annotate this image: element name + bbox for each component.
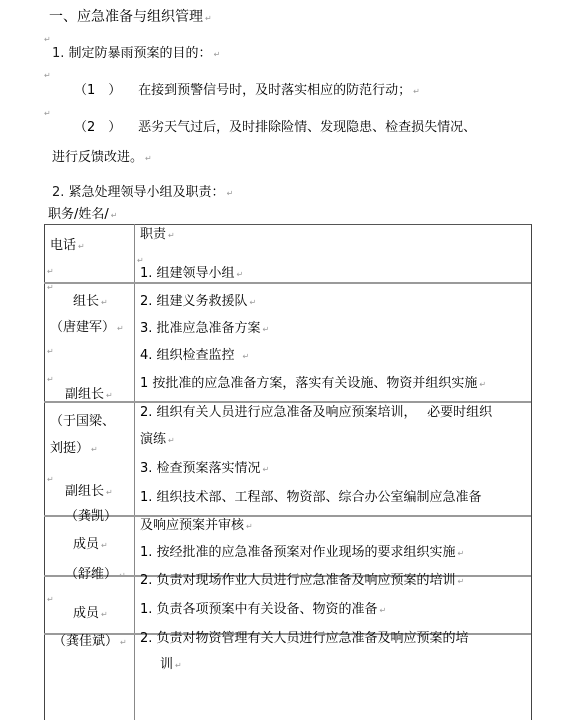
member-name: （龚佳斌）↵ bbox=[53, 634, 127, 651]
member-name-text: （龚佳斌） bbox=[53, 634, 118, 649]
paragraph-mark-icon: ↵ bbox=[111, 211, 118, 220]
member-name-text: （舒维） bbox=[65, 567, 117, 582]
section-1-number: 1. bbox=[52, 46, 64, 61]
member-name-text: 刘挺） bbox=[50, 441, 89, 456]
section-1-title-text: 制定防暴雨预案的目的： bbox=[69, 46, 212, 61]
duty-item: 2. 负责对物资管理有关人员进行应急准备及响应预案的培 bbox=[140, 631, 469, 647]
duty-item: 3. 批准应急准备方案↵ bbox=[140, 321, 269, 338]
role-label: 副组长↵ bbox=[65, 484, 113, 501]
role-label: 组长↵ bbox=[73, 294, 108, 311]
duty-item: 1. 负责各项预案中有关设备、物资的准备↵ bbox=[140, 602, 386, 619]
paragraph-mark-icon: ↵ bbox=[263, 325, 270, 334]
paragraph-mark-icon: ↵ bbox=[243, 352, 250, 361]
paragraph-mark-icon: ↵ bbox=[47, 476, 54, 484]
paragraph-mark-icon: ↵ bbox=[145, 154, 152, 163]
member-name: （唐建军）↵ bbox=[50, 320, 124, 337]
duty-text: 1. 组建领导小组 bbox=[140, 266, 235, 281]
paragraph-mark-icon: ↵ bbox=[106, 488, 113, 497]
duty-item: 及响应预案并审核↵ bbox=[140, 518, 253, 535]
table-header-duties-text: 职责 bbox=[140, 227, 166, 242]
paragraph-mark-icon: ↵ bbox=[44, 72, 51, 80]
paragraph-mark-icon: ↵ bbox=[91, 445, 98, 454]
paragraph-mark-icon: ↵ bbox=[101, 298, 108, 307]
duty-item: 演练↵ bbox=[140, 432, 175, 449]
duty-text: 4. 组织检查监控 bbox=[140, 348, 235, 363]
member-name: （于国梁、 bbox=[50, 414, 115, 430]
duty-item: 1. 组建领导小组↵ bbox=[140, 266, 243, 283]
member-name: （舒维）↵ bbox=[65, 567, 126, 584]
paragraph-mark-icon: ↵ bbox=[47, 596, 54, 604]
section-2-title: 2. 紧急处理领导小组及职责：↵ bbox=[52, 185, 233, 202]
duty-text: 3. 检查预案落实情况 bbox=[140, 461, 261, 476]
duty-text: 3. 批准应急准备方案 bbox=[140, 321, 261, 336]
paragraph-mark-icon: ↵ bbox=[458, 577, 465, 586]
duty-text: 1. 负责各项预案中有关设备、物资的准备 bbox=[140, 602, 378, 617]
paragraph-mark-icon: ↵ bbox=[47, 376, 54, 384]
paragraph-mark-icon: ↵ bbox=[168, 436, 175, 445]
section-1-title: 1. 制定防暴雨预案的目的：↵ bbox=[52, 46, 220, 63]
list-marker: （1 ） bbox=[74, 83, 124, 99]
table-caption: 职务/姓名/↵ bbox=[48, 207, 117, 224]
section-2-number: 2. bbox=[52, 185, 64, 200]
section-heading-text: 一、应急准备与组织管理 bbox=[49, 9, 203, 25]
role-label: 成员↵ bbox=[73, 537, 108, 554]
section-2-title-text: 紧急处理领导小组及职责： bbox=[69, 185, 225, 200]
paragraph-mark-icon: ↵ bbox=[106, 391, 113, 400]
list-item-1: （1 ） 在接到预警信号时，及时落实相应的防范行动；↵ bbox=[74, 83, 420, 100]
role-text: 成员 bbox=[73, 606, 99, 621]
paragraph-mark-icon: ↵ bbox=[168, 231, 175, 240]
table-row-divider bbox=[44, 401, 531, 403]
list-marker: （2 ） bbox=[74, 120, 124, 136]
duty-item: 2. 组建义务救援队↵ bbox=[140, 294, 256, 311]
role-label: 副组长↵ bbox=[65, 387, 113, 404]
duty-item: 2. 负责对现场作业人员进行应急准备及响应预案的培训↵ bbox=[140, 573, 464, 590]
paragraph-mark-icon: ↵ bbox=[47, 284, 54, 292]
duty-item: 2. 组织有关人员进行应急准备及响应预案培训， 必要时组织 bbox=[140, 405, 492, 421]
duty-item: 3. 检查预案落实情况↵ bbox=[140, 461, 269, 478]
role-text: 成员 bbox=[73, 537, 99, 552]
section-heading: 一、应急准备与组织管理↵ bbox=[49, 9, 212, 27]
paragraph-mark-icon: ↵ bbox=[380, 606, 387, 615]
member-name-text: （龚凯） bbox=[65, 509, 117, 524]
duty-text: 1. 按经批准的应急准备预案对作业现场的要求组织实施 bbox=[140, 545, 456, 560]
paragraph-mark-icon: ↵ bbox=[413, 87, 420, 96]
paragraph-mark-icon: ↵ bbox=[227, 189, 234, 198]
paragraph-mark-icon: ↵ bbox=[205, 14, 212, 23]
list-item-2-continuation: 进行反馈改进。↵ bbox=[52, 150, 152, 167]
duty-item: 1. 组织技术部、工程部、物资部、综合办公室编制应急准备 bbox=[140, 490, 482, 506]
list-item-text: 恶劣天气过后，及时排除险情、发现隐患、检查损失情况、 bbox=[138, 120, 476, 135]
paragraph-mark-icon: ↵ bbox=[120, 638, 127, 647]
role-text: 副组长 bbox=[65, 387, 104, 402]
table-row-divider bbox=[44, 282, 531, 284]
duty-item: 训↵ bbox=[160, 657, 182, 674]
paragraph-mark-icon: ↵ bbox=[175, 661, 182, 670]
list-item-text: 在接到预警信号时，及时落实相应的防范行动； bbox=[138, 83, 411, 98]
paragraph-mark-icon: ↵ bbox=[101, 610, 108, 619]
duty-text: 2. 负责对现场作业人员进行应急准备及响应预案的培训 bbox=[140, 573, 456, 588]
paragraph-mark-icon: ↵ bbox=[263, 465, 270, 474]
table-column-divider bbox=[134, 224, 135, 720]
paragraph-mark-icon: ↵ bbox=[214, 50, 221, 59]
member-name-text: （于国梁、 bbox=[50, 414, 115, 429]
list-item-text: 进行反馈改进。 bbox=[52, 150, 143, 165]
table-row-divider bbox=[44, 515, 531, 517]
list-item-2: （2 ） 恶劣天气过后，及时排除险情、发现隐患、检查损失情况、 bbox=[74, 120, 476, 136]
role-text: 副组长 bbox=[65, 484, 104, 499]
paragraph-mark-icon: ↵ bbox=[44, 36, 51, 44]
paragraph-mark-icon: ↵ bbox=[44, 110, 51, 118]
paragraph-mark-icon: ↵ bbox=[101, 541, 108, 550]
table-header-phone: 电话↵ bbox=[50, 238, 85, 255]
paragraph-mark-icon: ↵ bbox=[237, 270, 244, 279]
member-name: （龚凯） bbox=[65, 509, 117, 525]
paragraph-mark-icon: ↵ bbox=[137, 257, 144, 265]
duty-text: 2. 组建义务救援队 bbox=[140, 294, 248, 309]
duty-item: 1. 按经批准的应急准备预案对作业现场的要求组织实施↵ bbox=[140, 545, 464, 562]
paragraph-mark-icon: ↵ bbox=[117, 324, 124, 333]
table-caption-text: 职务/姓名/ bbox=[48, 207, 109, 222]
paragraph-mark-icon: ↵ bbox=[78, 242, 85, 251]
paragraph-mark-icon: ↵ bbox=[246, 522, 253, 531]
duty-text: 1 按批准的应急准备方案，落实有关设施、物资并组织实施 bbox=[140, 376, 477, 391]
duty-item: 1 按批准的应急准备方案，落实有关设施、物资并组织实施↵ bbox=[140, 376, 486, 393]
member-name-text: （唐建军） bbox=[50, 320, 115, 335]
role-text: 组长 bbox=[73, 294, 99, 309]
table-header-duties: 职责↵ bbox=[140, 227, 175, 244]
paragraph-mark-icon: ↵ bbox=[119, 571, 126, 580]
paragraph-mark-icon: ↵ bbox=[47, 348, 54, 356]
role-label: 成员↵ bbox=[73, 606, 108, 623]
paragraph-mark-icon: ↵ bbox=[458, 549, 465, 558]
member-name: 刘挺）↵ bbox=[50, 441, 98, 458]
duty-text: 1. 组织技术部、工程部、物资部、综合办公室编制应急准备 bbox=[140, 490, 482, 505]
paragraph-mark-icon: ↵ bbox=[47, 268, 54, 276]
duty-text: 2. 组织有关人员进行应急准备及响应预案培训， 必要时组织 bbox=[140, 405, 492, 420]
paragraph-mark-icon: ↵ bbox=[479, 380, 486, 389]
table-header-phone-text: 电话 bbox=[50, 238, 76, 253]
paragraph-mark-icon: ↵ bbox=[250, 298, 257, 307]
duty-text: 2. 负责对物资管理有关人员进行应急准备及响应预案的培 bbox=[140, 631, 469, 646]
duty-text: 训 bbox=[160, 657, 173, 672]
duty-text: 及响应预案并审核 bbox=[140, 518, 244, 533]
duty-item: 4. 组织检查监控↵ bbox=[140, 348, 249, 365]
duty-text: 演练 bbox=[140, 432, 166, 447]
